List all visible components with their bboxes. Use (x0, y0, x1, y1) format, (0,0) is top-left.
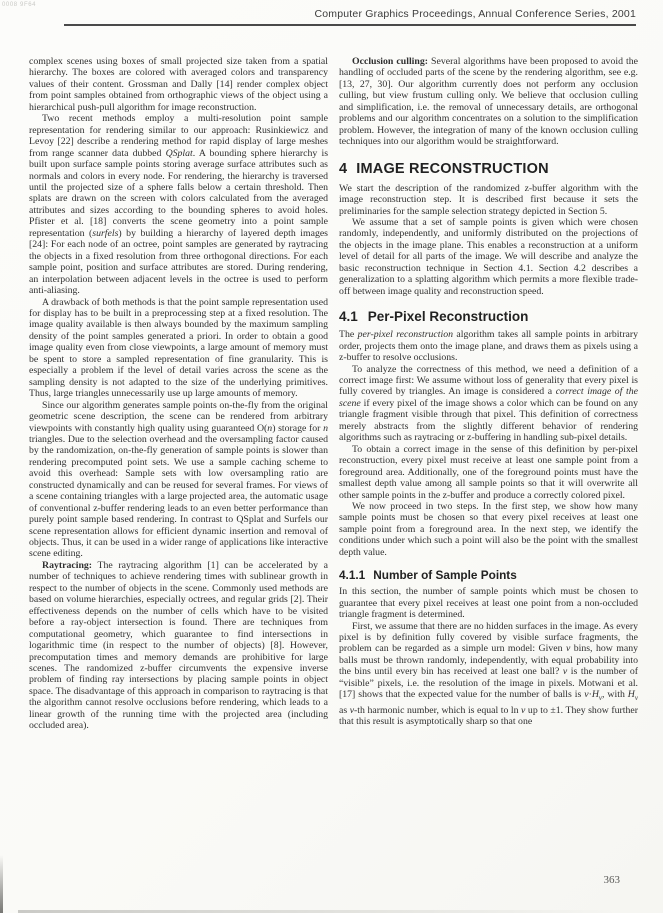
italic-text: v (563, 666, 567, 677)
italic-text: QSplat (166, 148, 193, 159)
paragraph: We assume that a set of sample points is… (339, 217, 638, 297)
right-column: Occlusion culling: Several algorithms ha… (339, 56, 638, 732)
paragraph: We start the description of the randomiz… (339, 183, 638, 217)
paper-page: 0008 9F64 Computer Graphics Proceedings,… (0, 0, 663, 913)
paragraph: To analyze the correctness of this metho… (339, 364, 638, 444)
paragraph: To obtain a correct image in the sense o… (339, 444, 638, 501)
header-rule (64, 24, 636, 26)
heading-text: Number of Sample Points (373, 568, 517, 582)
paragraph: Two recent methods employ a multi-resolu… (29, 113, 328, 296)
heading-number: 4 (339, 161, 347, 177)
italic-text: H (628, 689, 635, 700)
left-column: complex scenes using boxes of small proj… (29, 56, 328, 732)
paragraph: A drawback of both methods is that the p… (29, 297, 328, 400)
heading-number: 4.1.1 (339, 568, 365, 582)
italic-text: v (521, 705, 525, 716)
scan-watermark: 0008 9F64 (2, 2, 36, 8)
bold-text: Occlusion culling: (352, 56, 428, 67)
page-number: 363 (604, 874, 621, 886)
italic-text: v (584, 689, 588, 700)
paragraph: In this section, the number of sample po… (339, 586, 638, 620)
paragraph: We now proceed in two steps. In the firs… (339, 501, 638, 558)
italic-text: correct image of the scene (339, 386, 638, 408)
heading-text: IMAGE RECONSTRUCTION (356, 161, 549, 177)
two-column-body: complex scenes using boxes of small proj… (29, 56, 638, 732)
paragraph: Raytracing: The raytracing algorithm [1]… (29, 560, 328, 732)
running-header-title: Computer Graphics Proceedings, Annual Co… (314, 8, 636, 20)
italic-text: n (323, 423, 328, 434)
italic-text: n (267, 423, 272, 434)
paragraph: First, we assume that there are no hidde… (339, 621, 638, 728)
paragraph: Since our algorithm generates sample poi… (29, 400, 328, 560)
scan-edge-shadow-left (0, 855, 3, 913)
paragraph: The per-pixel reconstruction algorithm t… (339, 329, 638, 363)
section-heading: 4.1.1Number of Sample Points (339, 568, 638, 582)
italic-text: per-pixel reconstruction (358, 329, 453, 340)
italic-text: v (566, 643, 570, 654)
italic-text: v (350, 705, 354, 716)
subscript-text: v (599, 694, 602, 702)
bold-text: Raytracing: (42, 560, 92, 571)
heading-text: Per-Pixel Reconstruction (368, 309, 529, 324)
subscript-text: v (635, 694, 638, 702)
section-heading: 4IMAGE RECONSTRUCTION (339, 161, 638, 177)
italic-text: H (592, 689, 599, 700)
heading-number: 4.1 (339, 309, 358, 324)
paragraph: complex scenes using boxes of small proj… (29, 56, 328, 113)
section-heading: 4.1Per-Pixel Reconstruction (339, 309, 638, 324)
italic-text: surfels (92, 228, 118, 239)
paragraph: Occlusion culling: Several algorithms ha… (339, 56, 638, 148)
